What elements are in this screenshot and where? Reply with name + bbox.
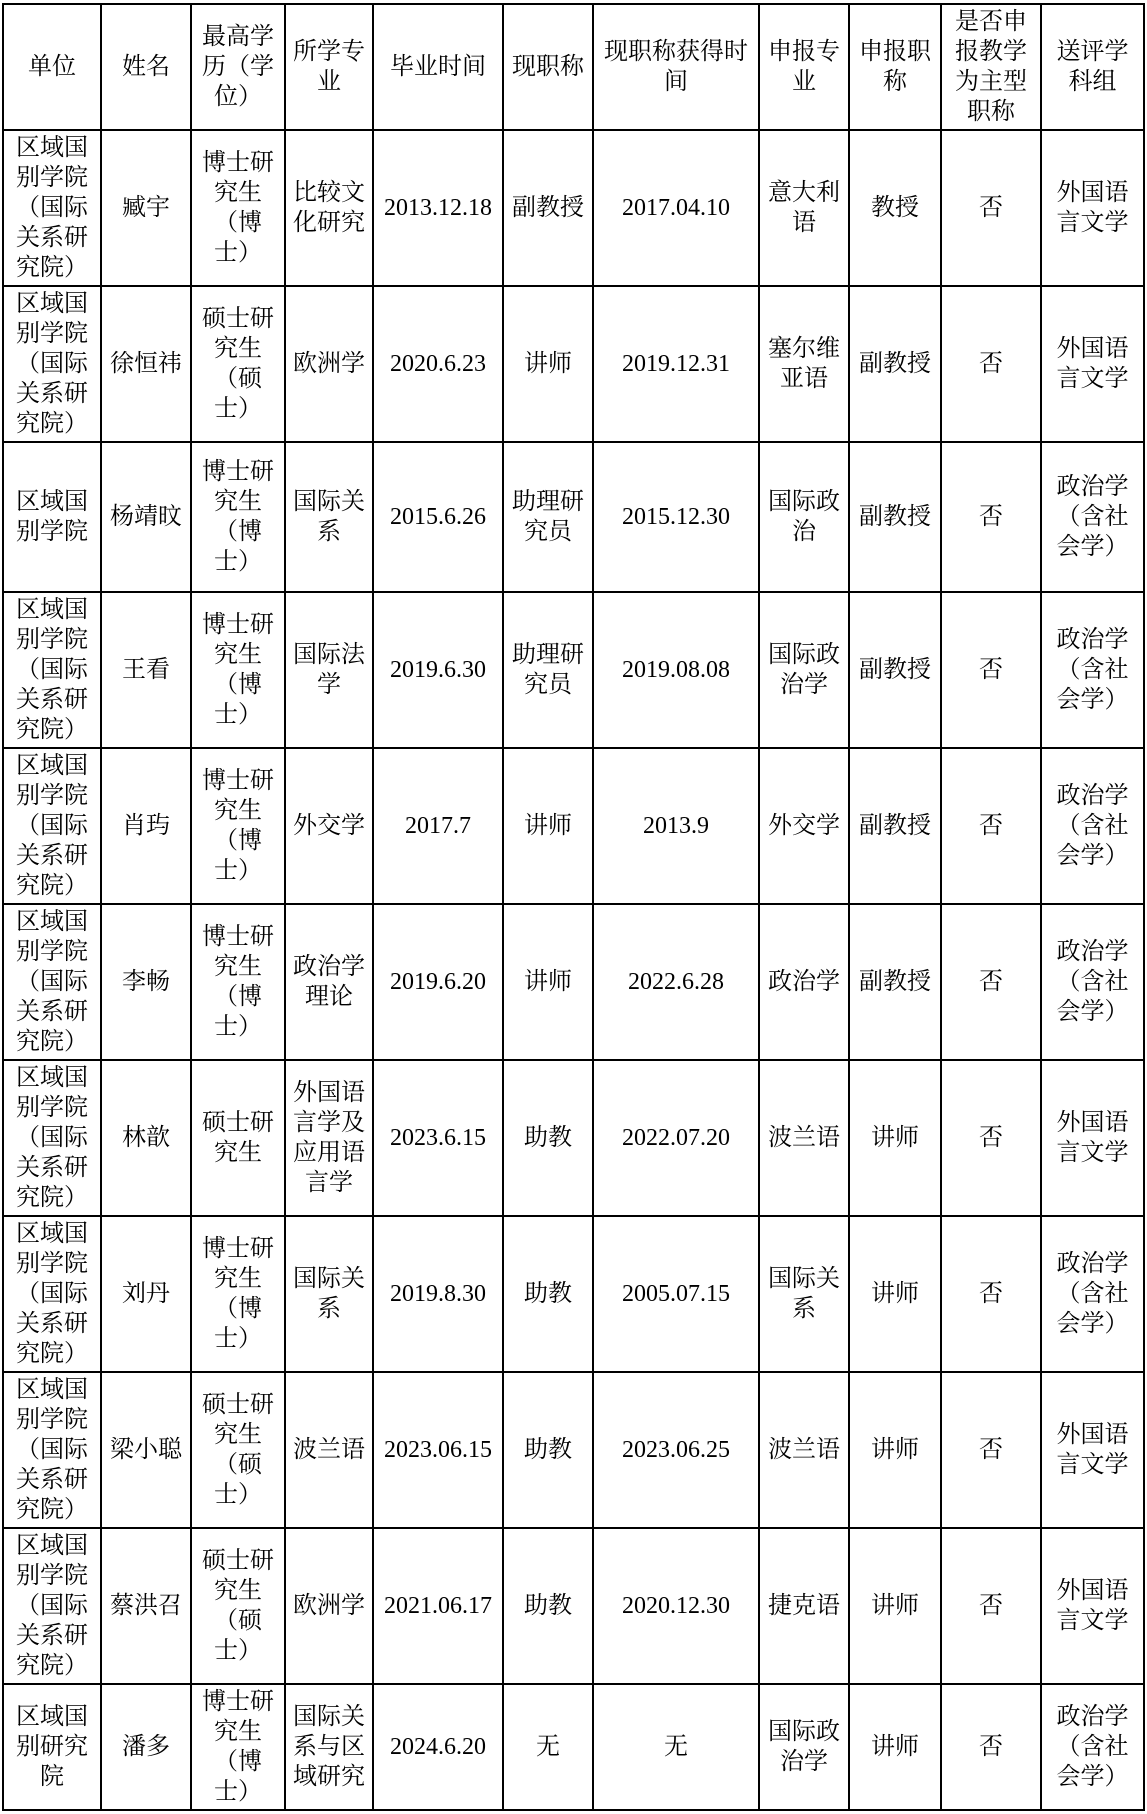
- cell-name: 臧宇: [101, 130, 191, 286]
- cell-teaching-type: 否: [941, 592, 1041, 748]
- cell-applied-major: 捷克语: [759, 1528, 849, 1684]
- col-header-major: 所学专业: [285, 4, 373, 130]
- cell-unit: 区域国别学院（国际关系研究院）: [3, 592, 101, 748]
- cell-unit: 区域国别学院（国际关系研究院）: [3, 1528, 101, 1684]
- cell-teaching-type: 否: [941, 1684, 1041, 1810]
- cell-unit: 区域国别学院（国际关系研究院）: [3, 1060, 101, 1216]
- cell-teaching-type: 否: [941, 442, 1041, 592]
- cell-teaching-type: 否: [941, 904, 1041, 1060]
- cell-applied-major: 国际政治: [759, 442, 849, 592]
- cell-unit: 区域国别研究院: [3, 1684, 101, 1810]
- cell-current-title-time: 2023.06.25: [593, 1372, 759, 1528]
- cell-current-title: 助教: [503, 1372, 593, 1528]
- cell-review-group: 外国语言文学: [1041, 286, 1144, 442]
- cell-degree: 博士研究生（博士）: [191, 130, 285, 286]
- cell-current-title-time: 2015.12.30: [593, 442, 759, 592]
- cell-major: 波兰语: [285, 1372, 373, 1528]
- cell-degree: 博士研究生（博士）: [191, 748, 285, 904]
- cell-major: 比较文化研究: [285, 130, 373, 286]
- cell-unit: 区域国别学院（国际关系研究院）: [3, 130, 101, 286]
- cell-review-group: 政治学（含社会学）: [1041, 904, 1144, 1060]
- cell-teaching-type: 否: [941, 286, 1041, 442]
- col-header-degree: 最高学历（学位）: [191, 4, 285, 130]
- cell-applied-title: 讲师: [849, 1528, 941, 1684]
- cell-degree: 博士研究生（博士）: [191, 904, 285, 1060]
- cell-review-group: 政治学（含社会学）: [1041, 748, 1144, 904]
- document-page: 单位 姓名 最高学历（学位） 所学专业 毕业时间 现职称 现职称获得时间 申报专…: [0, 0, 1147, 1814]
- cell-current-title-time: 2013.9: [593, 748, 759, 904]
- cell-current-title: 无: [503, 1684, 593, 1810]
- cell-major: 国际关系与区域研究: [285, 1684, 373, 1810]
- table-row: 区域国别学院（国际关系研究院） 肖玙 博士研究生（博士） 外交学 2017.7 …: [3, 748, 1144, 904]
- cell-applied-major: 国际政治学: [759, 1684, 849, 1810]
- cell-teaching-type: 否: [941, 1060, 1041, 1216]
- cell-degree: 博士研究生（博士）: [191, 1684, 285, 1810]
- cell-degree: 硕士研究生（硕士）: [191, 1372, 285, 1528]
- cell-name: 林歆: [101, 1060, 191, 1216]
- cell-current-title: 讲师: [503, 748, 593, 904]
- col-header-unit: 单位: [3, 4, 101, 130]
- cell-unit: 区域国别学院（国际关系研究院）: [3, 904, 101, 1060]
- cell-review-group: 外国语言文学: [1041, 1372, 1144, 1528]
- table-row: 区域国别研究院 潘多 博士研究生（博士） 国际关系与区域研究 2024.6.20…: [3, 1684, 1144, 1810]
- cell-degree: 硕士研究生（硕士）: [191, 286, 285, 442]
- cell-current-title-time: 2019.08.08: [593, 592, 759, 748]
- cell-review-group: 外国语言文学: [1041, 130, 1144, 286]
- col-header-graduation-time: 毕业时间: [373, 4, 503, 130]
- cell-unit: 区域国别学院（国际关系研究院）: [3, 1216, 101, 1372]
- cell-current-title: 讲师: [503, 286, 593, 442]
- cell-applied-title: 讲师: [849, 1372, 941, 1528]
- cell-degree: 博士研究生（博士）: [191, 1216, 285, 1372]
- cell-graduation-time: 2019.6.20: [373, 904, 503, 1060]
- cell-degree: 硕士研究生（硕士）: [191, 1528, 285, 1684]
- cell-current-title-time: 2005.07.15: [593, 1216, 759, 1372]
- cell-applied-major: 波兰语: [759, 1372, 849, 1528]
- table-row: 区域国别学院（国际关系研究院） 臧宇 博士研究生（博士） 比较文化研究 2013…: [3, 130, 1144, 286]
- teacher-roster-table: 单位 姓名 最高学历（学位） 所学专业 毕业时间 现职称 现职称获得时间 申报专…: [2, 3, 1145, 1811]
- cell-applied-title: 副教授: [849, 592, 941, 748]
- cell-unit: 区域国别学院（国际关系研究院）: [3, 748, 101, 904]
- cell-name: 杨靖旼: [101, 442, 191, 592]
- cell-name: 徐恒祎: [101, 286, 191, 442]
- cell-applied-major: 意大利语: [759, 130, 849, 286]
- col-header-review-group: 送评学科组: [1041, 4, 1144, 130]
- cell-graduation-time: 2024.6.20: [373, 1684, 503, 1810]
- cell-major: 国际法学: [285, 592, 373, 748]
- cell-current-title: 助理研究员: [503, 592, 593, 748]
- cell-name: 潘多: [101, 1684, 191, 1810]
- cell-current-title: 助理研究员: [503, 442, 593, 592]
- table-row: 区域国别学院（国际关系研究院） 林歆 硕士研究生 外国语言学及应用语言学 202…: [3, 1060, 1144, 1216]
- cell-review-group: 外国语言文学: [1041, 1060, 1144, 1216]
- cell-name: 李畅: [101, 904, 191, 1060]
- table-row: 区域国别学院（国际关系研究院） 梁小聪 硕士研究生（硕士） 波兰语 2023.0…: [3, 1372, 1144, 1528]
- cell-applied-title: 讲师: [849, 1216, 941, 1372]
- cell-applied-major: 外交学: [759, 748, 849, 904]
- cell-current-title: 助教: [503, 1216, 593, 1372]
- cell-teaching-type: 否: [941, 748, 1041, 904]
- table-row: 区域国别学院（国际关系研究院） 李畅 博士研究生（博士） 政治学理论 2019.…: [3, 904, 1144, 1060]
- cell-name: 肖玙: [101, 748, 191, 904]
- cell-current-title: 助教: [503, 1528, 593, 1684]
- col-header-applied-major: 申报专业: [759, 4, 849, 130]
- cell-applied-major: 国际关系: [759, 1216, 849, 1372]
- cell-applied-title: 教授: [849, 130, 941, 286]
- cell-review-group: 政治学（含社会学）: [1041, 1216, 1144, 1372]
- cell-applied-title: 副教授: [849, 286, 941, 442]
- cell-major: 外国语言学及应用语言学: [285, 1060, 373, 1216]
- col-header-name: 姓名: [101, 4, 191, 130]
- table-row: 区域国别学院（国际关系研究院） 徐恒祎 硕士研究生（硕士） 欧洲学 2020.6…: [3, 286, 1144, 442]
- cell-degree: 博士研究生（博士）: [191, 442, 285, 592]
- cell-current-title: 讲师: [503, 904, 593, 1060]
- cell-applied-major: 政治学: [759, 904, 849, 1060]
- cell-teaching-type: 否: [941, 1216, 1041, 1372]
- header-row: 单位 姓名 最高学历（学位） 所学专业 毕业时间 现职称 现职称获得时间 申报专…: [3, 4, 1144, 130]
- cell-graduation-time: 2021.06.17: [373, 1528, 503, 1684]
- cell-current-title-time: 2017.04.10: [593, 130, 759, 286]
- cell-major: 国际关系: [285, 1216, 373, 1372]
- cell-unit: 区域国别学院（国际关系研究院）: [3, 286, 101, 442]
- cell-graduation-time: 2017.7: [373, 748, 503, 904]
- cell-graduation-time: 2019.6.30: [373, 592, 503, 748]
- cell-major: 国际关系: [285, 442, 373, 592]
- cell-applied-major: 波兰语: [759, 1060, 849, 1216]
- cell-applied-title: 副教授: [849, 748, 941, 904]
- cell-current-title-time: 2019.12.31: [593, 286, 759, 442]
- cell-graduation-time: 2013.12.18: [373, 130, 503, 286]
- cell-graduation-time: 2015.6.26: [373, 442, 503, 592]
- cell-name: 梁小聪: [101, 1372, 191, 1528]
- cell-name: 刘丹: [101, 1216, 191, 1372]
- col-header-teaching-type: 是否申报教学为主型职称: [941, 4, 1041, 130]
- col-header-applied-title: 申报职称: [849, 4, 941, 130]
- cell-graduation-time: 2020.6.23: [373, 286, 503, 442]
- cell-current-title-time: 2022.07.20: [593, 1060, 759, 1216]
- cell-review-group: 政治学（含社会学）: [1041, 1684, 1144, 1810]
- cell-major: 外交学: [285, 748, 373, 904]
- cell-current-title: 副教授: [503, 130, 593, 286]
- cell-name: 蔡洪召: [101, 1528, 191, 1684]
- table-row: 区域国别学院（国际关系研究院） 蔡洪召 硕士研究生（硕士） 欧洲学 2021.0…: [3, 1528, 1144, 1684]
- cell-graduation-time: 2023.6.15: [373, 1060, 503, 1216]
- cell-graduation-time: 2023.06.15: [373, 1372, 503, 1528]
- cell-teaching-type: 否: [941, 1528, 1041, 1684]
- cell-applied-major: 国际政治学: [759, 592, 849, 748]
- cell-major: 政治学理论: [285, 904, 373, 1060]
- cell-teaching-type: 否: [941, 1372, 1041, 1528]
- cell-graduation-time: 2019.8.30: [373, 1216, 503, 1372]
- cell-current-title: 助教: [503, 1060, 593, 1216]
- cell-major: 欧洲学: [285, 286, 373, 442]
- cell-unit: 区域国别学院（国际关系研究院）: [3, 1372, 101, 1528]
- cell-name: 王看: [101, 592, 191, 748]
- table-row: 区域国别学院（国际关系研究院） 王看 博士研究生（博士） 国际法学 2019.6…: [3, 592, 1144, 748]
- col-header-current-title-time: 现职称获得时间: [593, 4, 759, 130]
- cell-review-group: 政治学（含社会学）: [1041, 442, 1144, 592]
- cell-applied-title: 讲师: [849, 1684, 941, 1810]
- cell-current-title-time: 无: [593, 1684, 759, 1810]
- cell-review-group: 外国语言文学: [1041, 1528, 1144, 1684]
- table-row: 区域国别学院（国际关系研究院） 刘丹 博士研究生（博士） 国际关系 2019.8…: [3, 1216, 1144, 1372]
- cell-unit: 区域国别学院: [3, 442, 101, 592]
- cell-current-title-time: 2020.12.30: [593, 1528, 759, 1684]
- table-row: 区域国别学院 杨靖旼 博士研究生（博士） 国际关系 2015.6.26 助理研究…: [3, 442, 1144, 592]
- col-header-current-title: 现职称: [503, 4, 593, 130]
- cell-applied-major: 塞尔维亚语: [759, 286, 849, 442]
- cell-applied-title: 讲师: [849, 1060, 941, 1216]
- cell-applied-title: 副教授: [849, 442, 941, 592]
- table-body: 区域国别学院（国际关系研究院） 臧宇 博士研究生（博士） 比较文化研究 2013…: [3, 130, 1144, 1810]
- cell-applied-title: 副教授: [849, 904, 941, 1060]
- cell-review-group: 政治学（含社会学）: [1041, 592, 1144, 748]
- cell-teaching-type: 否: [941, 130, 1041, 286]
- cell-degree: 博士研究生（博士）: [191, 592, 285, 748]
- cell-degree: 硕士研究生: [191, 1060, 285, 1216]
- cell-current-title-time: 2022.6.28: [593, 904, 759, 1060]
- cell-major: 欧洲学: [285, 1528, 373, 1684]
